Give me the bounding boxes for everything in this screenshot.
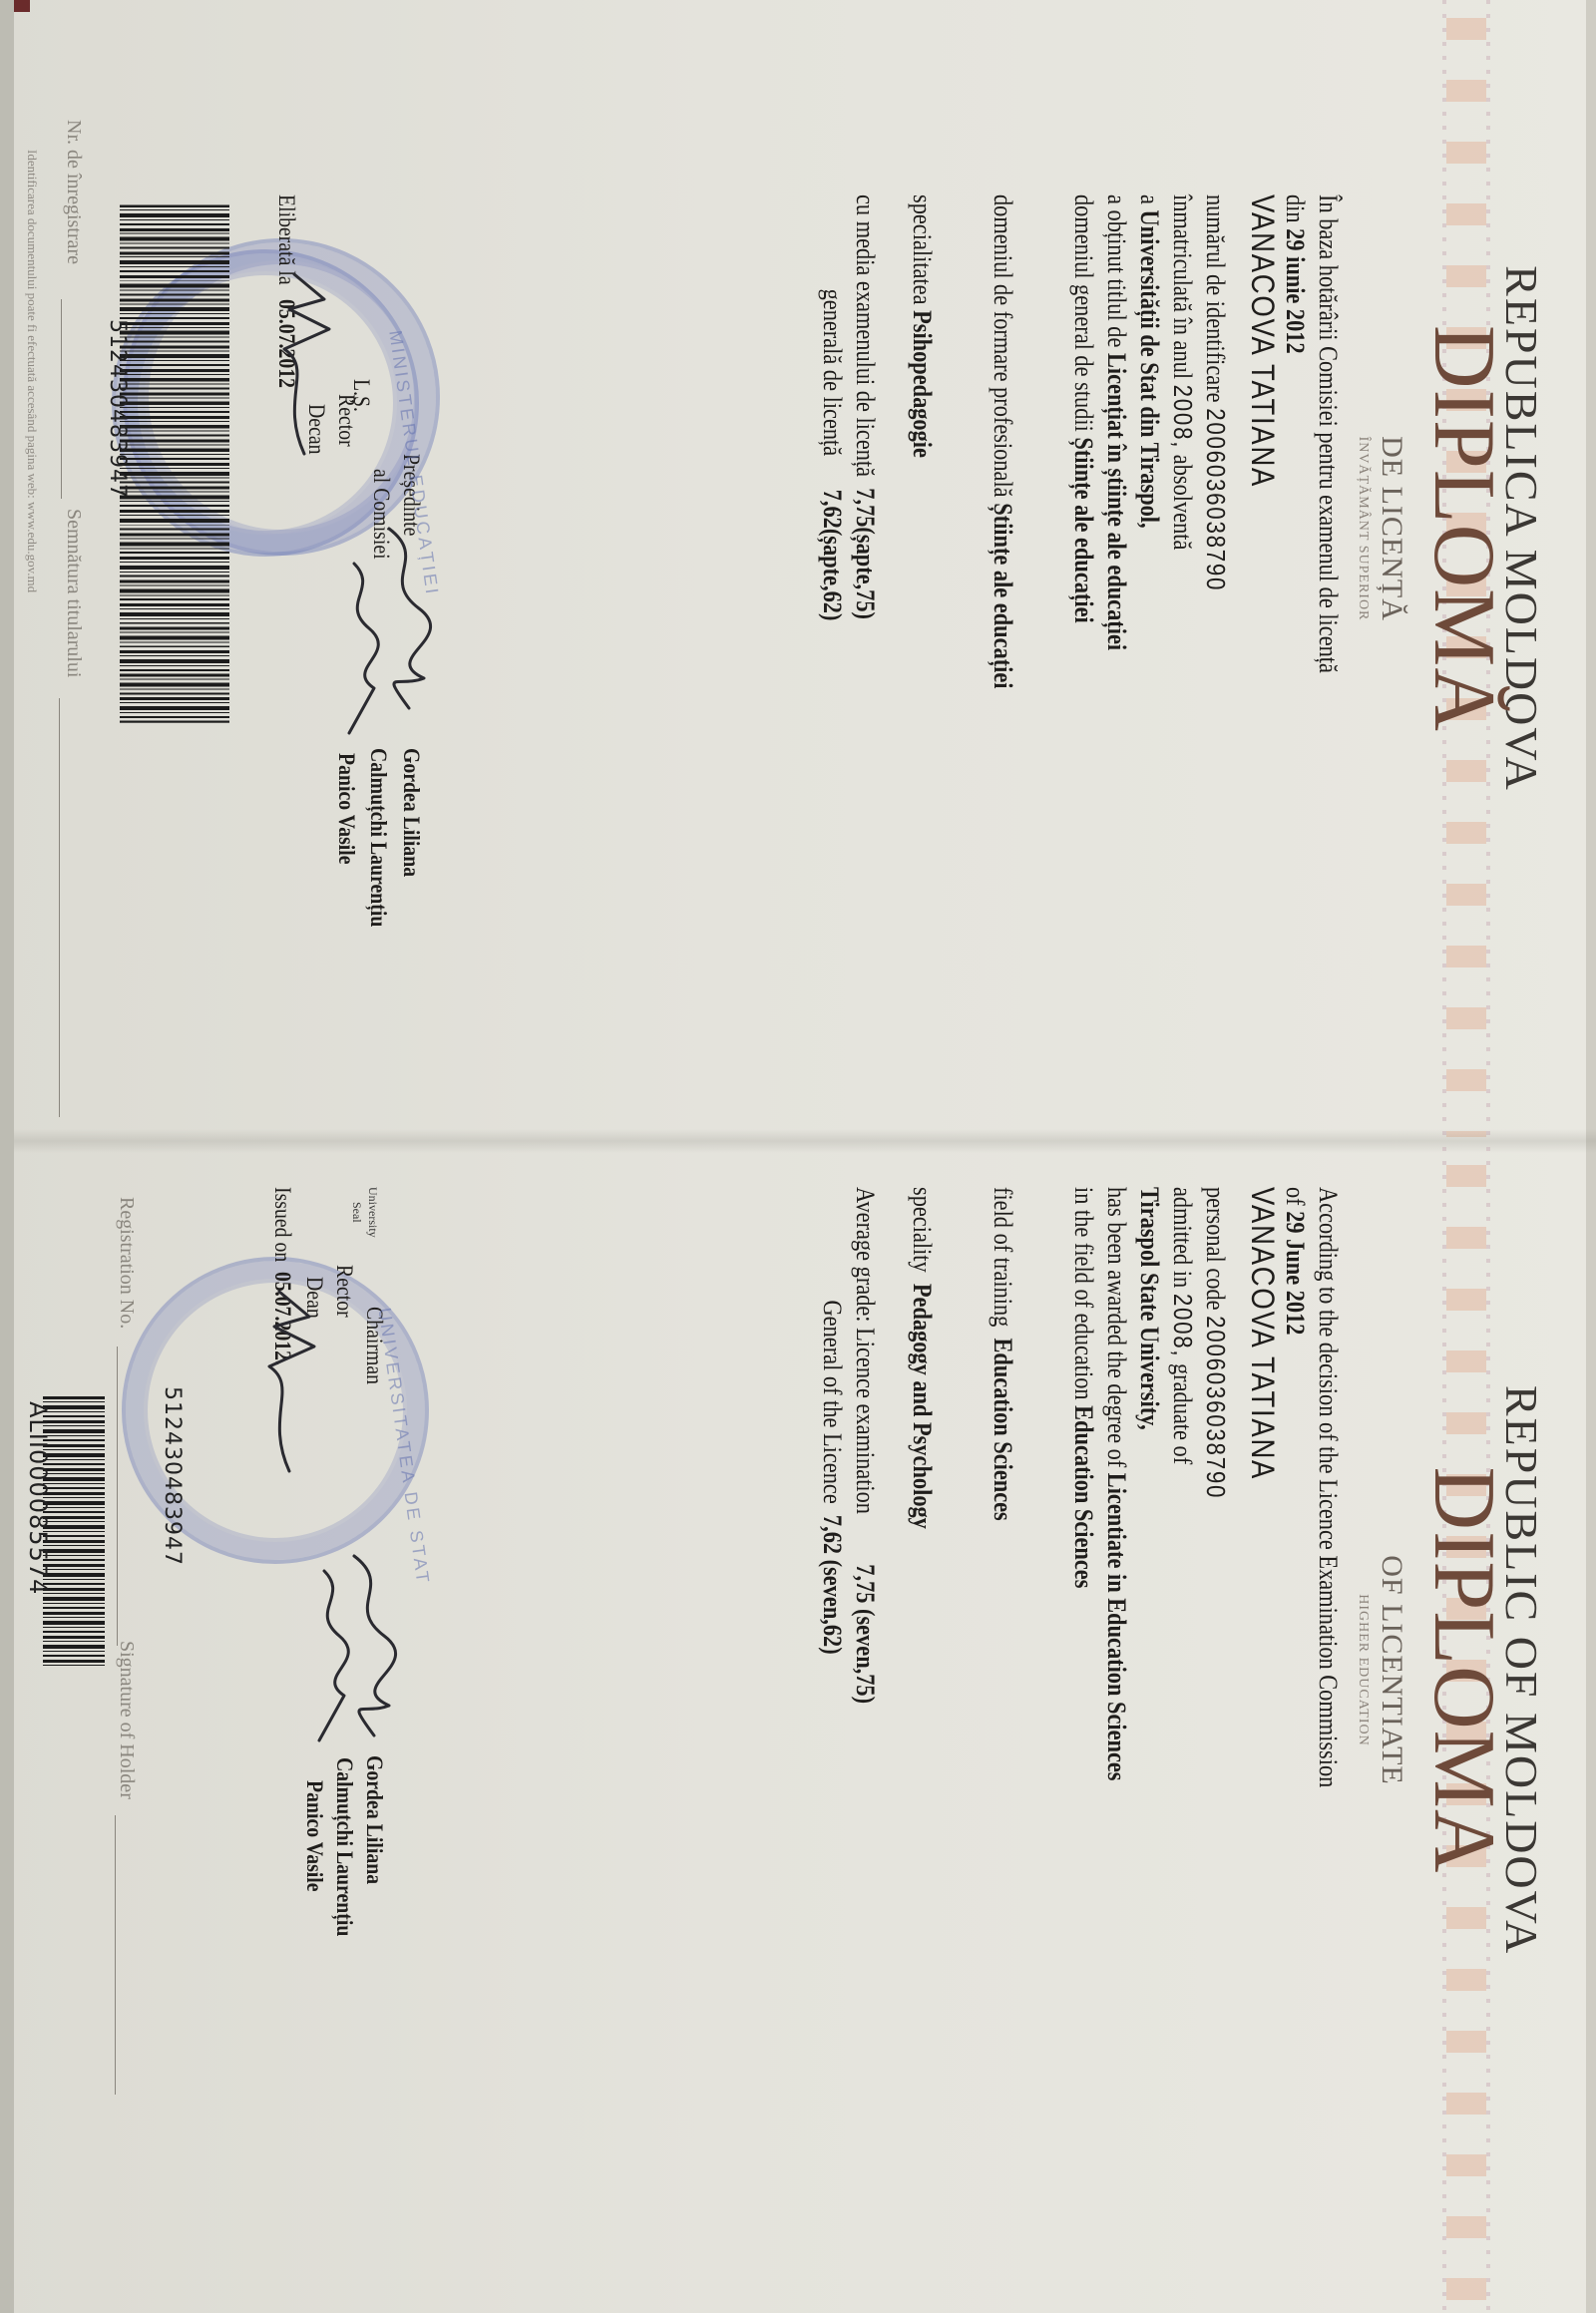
verify-note-ro: Identificarea documentului poate fi efec… [24, 150, 40, 592]
degree-en: Licentiate in Education Sciences [1102, 1473, 1131, 1781]
seal-label-en-2: Seal [351, 1202, 363, 1223]
university-line-en: Tiraspol State University, [1133, 1187, 1166, 1787]
general-field-line-en: in the field of education Education Scie… [1067, 1187, 1100, 1787]
holder-signature-line-ro [59, 698, 60, 1117]
issued-line-en: Issued on [269, 1187, 295, 1262]
signatory-role-ro-1b: al Comisiei [368, 469, 394, 560]
issued-date-en: 05.07.2012. [269, 1272, 295, 1365]
university-line-ro: a Universității de Stat din Tiraspol, [1133, 194, 1166, 689]
signatory-name-en-2: Calmuțchi Laurențiu [331, 1757, 357, 1936]
intro-en: According to the decision of the Licence… [1312, 1187, 1345, 1787]
training-field-line-en: field of training Education Sciences [987, 1187, 1019, 1787]
diploma-body-en: According to the decision of the Licence… [816, 1187, 1345, 1787]
registration-label-ro: Nr. de înregistrare [62, 120, 85, 264]
training-field-ro: Științe ale educației [989, 503, 1017, 688]
issued-line-ro: Eliberată la [273, 194, 299, 285]
holder-signature-label-en: Signature of Holder [115, 1641, 138, 1799]
enrolled-line-en: admitted in 2008, graduate of [1166, 1187, 1199, 1787]
date-line-ro: din 29 iunie 2012 [1279, 194, 1312, 689]
romanian-page: REPUBLICA MOLDOVA DIPLOMĂ DE LICENȚĂ ÎNV… [14, 0, 1586, 1137]
diploma-title-ro: DIPLOMĂ [1413, 0, 1514, 1097]
diploma-title-en: DIPLOMA [1413, 1087, 1514, 2253]
id-line-en: personal code 2006036038790 [1199, 1187, 1232, 1787]
signatory-role-ro-3: Decan [303, 404, 329, 455]
diploma-body-ro: În baza hotărârii Comisiei pentru examen… [816, 194, 1345, 689]
grade-value-ro-2: 7,62(șapte,62) [818, 490, 847, 621]
barcode-ro [120, 204, 229, 722]
grade-row-en-1: Average grade: Licence examination 7,75 … [849, 1187, 882, 1787]
holder-signature-line-en [115, 1815, 116, 2095]
serial-number-en: ALII000085574 [24, 1401, 52, 1595]
signatory-name-en-1: Gordea Liliana [361, 1755, 387, 1884]
intro-ro: În baza hotărârii Comisiei pentru examen… [1312, 194, 1345, 689]
date-line-en: of 29 June 2012 [1279, 1187, 1312, 1787]
registration-label-en: Registration No. [115, 1197, 138, 1329]
id-line-ro: numărul de identificare 2006036038790 [1199, 194, 1232, 689]
holder-name-en: VANACOVA TATIANA [1246, 1187, 1279, 1787]
decision-date-ro: 29 iunie 2012 [1281, 228, 1310, 353]
specialty-en: Pedagogy and Psychology [908, 1284, 937, 1529]
grade-row-ro-2: generală de licență 7,62(șapte,62) [816, 194, 849, 689]
booklet-edge [1586, 0, 1596, 2313]
signatory-role-ro-2: Rector [333, 394, 359, 447]
specialty-line-en: speciality Pedagogy and Psychology [906, 1187, 939, 1787]
degree-line-ro: a obținut titlul de Licențiat în științe… [1100, 194, 1133, 689]
registration-line-ro [61, 299, 62, 499]
barcode-number-ro: 512430483947 [105, 319, 130, 499]
education-level-ro: ÎNVĂȚĂMÂNT SUPERIOR [1355, 0, 1371, 1097]
grade-value-en-1: 7,75 (seven,75) [851, 1564, 880, 1704]
signatory-name-ro-2: Calmuțchi Laurențiu [365, 748, 391, 927]
english-page: REPUBLIC OF MOLDOVA DIPLOMA OF LICENTIAT… [14, 1147, 1586, 2313]
university-en: Tiraspol State University, [1135, 1187, 1164, 1430]
booklet-edge [0, 0, 14, 2313]
degree-ro: Licențiat în științe ale educației [1102, 353, 1131, 650]
grade-value-en-2: 7,62 (seven,62) [818, 1515, 847, 1655]
signatory-name-ro-1: Gordea Liliana [398, 748, 424, 877]
id-number-ro: 2006036038790 [1201, 408, 1231, 591]
issued-date-ro: 05.07.2012 [273, 299, 299, 388]
signatory-name-ro-3: Panico Vasile [333, 753, 359, 865]
id-number-en: 2006036038790 [1201, 1316, 1231, 1499]
diploma-subtitle-en: OF LICENTIATE [1375, 1087, 1408, 2253]
seal-label-en: University [367, 1187, 379, 1238]
signatory-role-en-3: Dean [301, 1277, 327, 1319]
holder-signature-label-ro: Semnătura titularului [62, 509, 85, 677]
holder-name-ro: VANACOVA TATIANA [1246, 194, 1279, 689]
signatory-name-en-3: Panico Vasile [301, 1780, 327, 1892]
training-field-line-ro: domeniul de formare profesională Științe… [987, 194, 1019, 689]
grade-value-ro-1: 7,75(șapte,75) [851, 488, 880, 619]
education-level-en: HIGHER EDUCATION [1355, 1087, 1371, 2253]
specialty-ro: Psihopedagogie [908, 310, 937, 458]
general-field-line-ro: domeniul general de studii Științe ale e… [1067, 194, 1100, 689]
barcode-en [43, 1396, 105, 1666]
signatory-role-en-2: Rector [331, 1265, 357, 1318]
registration-number-en: 512430483947 [160, 1386, 185, 1566]
training-field-en: Education Sciences [989, 1339, 1017, 1521]
grade-row-ro-1: cu media examenului de licență 7,75(șapt… [849, 194, 882, 689]
decision-date-en: 29 June 2012 [1281, 1211, 1310, 1335]
diploma-subtitle-ro: DE LICENȚĂ [1375, 0, 1408, 1097]
diploma-photo: REPUBLICA MOLDOVA DIPLOMĂ DE LICENȚĂ ÎNV… [0, 0, 1596, 2313]
enrolled-line-ro: înmatriculată în anul 2008, absolventă [1166, 194, 1199, 689]
registration-line-en [117, 1347, 118, 1646]
grade-row-en-2: General of the Licence 7,62 (seven,62) [816, 1187, 849, 1787]
university-ro: Universității de Stat din Tiraspol, [1135, 210, 1164, 529]
specialty-line-ro: specialitatea Psihopedagogie [906, 194, 939, 689]
degree-line-en: has been awarded the degree of Licentiat… [1100, 1187, 1133, 1787]
